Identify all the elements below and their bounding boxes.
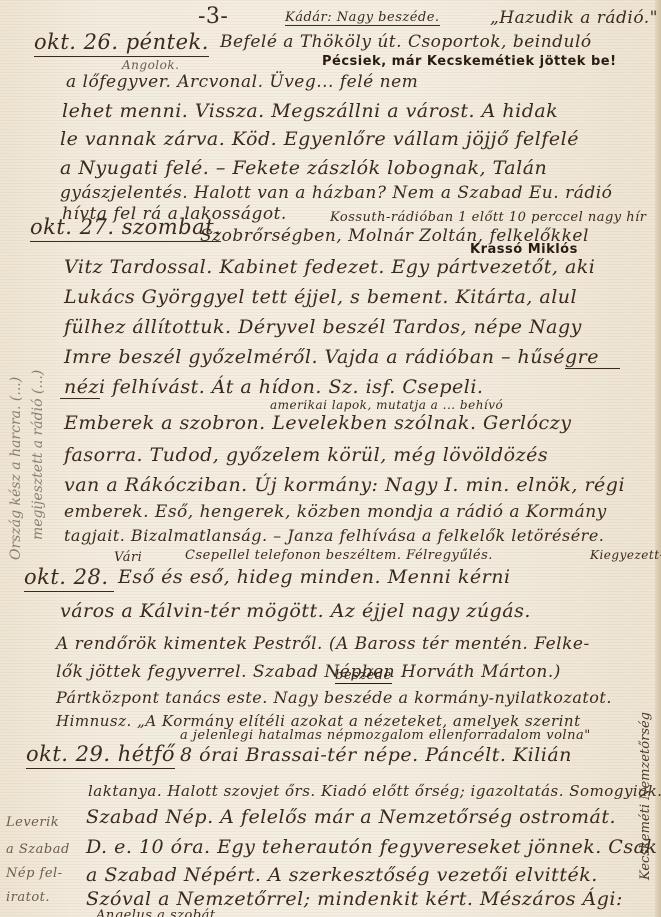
entry-line: Lukács Györggyel tett éjjel, s bement. K… [64,286,577,308]
header-underlined-note: Kádár: Nagy beszéde. [285,10,440,26]
entry-line: Imre beszél győzelméről. Vajda a rádióba… [64,346,599,368]
margin-note-left: Nép fel- [6,866,63,881]
margin-note-left: iratot. [6,890,50,905]
header-quote: „Hazudik a rádió." [490,8,658,28]
entry-line: laktanya. Halott szovjet őrs. Kiadó előt… [88,782,661,800]
entry-date-okt-28: okt. 28. [24,565,114,592]
entry-date-okt-29: okt. 29. hétfő [26,742,175,769]
entry-line: Kossuth-rádióban 1 előtt 10 perccel nagy… [330,210,647,225]
insert-note: Pécsiek, már Kecskemétiek jöttek be! [322,54,617,69]
entry-line: Emberek a szobron. Levelekben szólnak. G… [64,412,571,434]
entry-line: D. e. 10 óra. Egy teherautón fegyveresek… [86,836,657,858]
entry-line: a Szabad Népért. A szerkesztőség vezetői… [86,864,598,886]
entry-line: le vannak zárva. Köd. Egyenlőre vállam j… [60,128,579,150]
underline-mark [60,398,100,399]
entry-date-okt-26: okt. 26. péntek. [34,30,209,57]
entry-line: Befelé a Thököly út. Csoportok, beinduló [220,32,592,52]
entry-line: Szóval a Nemzetőrrel; mindenkit kért. Mé… [86,888,623,910]
underline-mark [565,368,620,369]
entry-line: van a Rákócziban. Új kormány: Nagy I. mi… [64,474,625,496]
page-number: -3- [198,4,228,29]
entry-line: a lőfegyver. Arcvonal. Üveg... felé nem [66,72,418,92]
insert-note: Csepellel telefonon beszéltem. Félregyűl… [185,548,493,563]
entry-date-okt-27: okt. 27. szombat. [30,215,221,242]
entry-line: Pártközpont tanács este. Nagy beszéde a … [56,688,612,707]
margin-note-left-vertical: Ország kész a harcra. (...) [8,377,24,560]
entry-line: nézi felhívást. Át a hídon. Sz. isf. Cse… [64,376,483,398]
margin-note-left: a Szabad [6,842,70,857]
entry-line: a Nyugati felé. – Fekete zászlók lobogna… [60,157,547,179]
entry-line: Szabad Nép. A felelős már a Nemzetőrség … [86,806,616,828]
entry-line: lehet menni. Vissza. Megszállni a várost… [62,100,558,122]
entry-line: emberek. Eső, hengerek, közben mondja a … [64,502,607,522]
entry-line: fülhez állítottuk. Déryvel beszél Tardos… [64,316,582,338]
margin-note-left: Leverik [6,815,59,830]
page-edge [655,0,661,917]
entry-line: a jelenlegi hatalmas népmozgalom ellenfo… [180,728,591,743]
insert-note: amerikai lapok, mutatja a ... behívó [270,398,503,412]
entry-line: lők jöttek fegyverrel. Szabad Népben Hor… [56,662,561,682]
entry-line: fasorra. Tudod, győzelem körül, még lövö… [64,444,548,466]
entry-line: Vitz Tardossal. Kabinet fedezet. Egy pár… [64,256,595,278]
insert-note: beszéde [335,668,392,684]
insert-note: Angolok. [122,58,179,72]
entry-line: A rendőrök kimentek Pestről. (A Baross t… [56,634,590,654]
entry-line: gyászjelentés. Halott van a házban? Nem … [60,183,612,203]
entry-line: tagjait. Bizalmatlanság. – Janza felhívá… [64,526,604,545]
insert-note: Krassó Miklós [470,242,578,257]
margin-note-right-vertical: Kecskeméti Nemzetőrség [638,712,653,880]
entry-line: Eső és eső, hideg minden. Menni kérni [118,566,511,588]
entry-line: város a Kálvin-tér mögött. Az éjjel nagy… [60,600,531,622]
entry-line: Angelus a szobát ... ... [96,908,253,917]
margin-note-left-vertical: megijesztett a rádió (...) [30,370,46,540]
insert-note: Vári [114,550,142,565]
insert-note: Kiegyezett- [590,548,661,562]
entry-line: 8 órai Brassai-tér népe. Páncélt. Kilián [180,744,572,766]
